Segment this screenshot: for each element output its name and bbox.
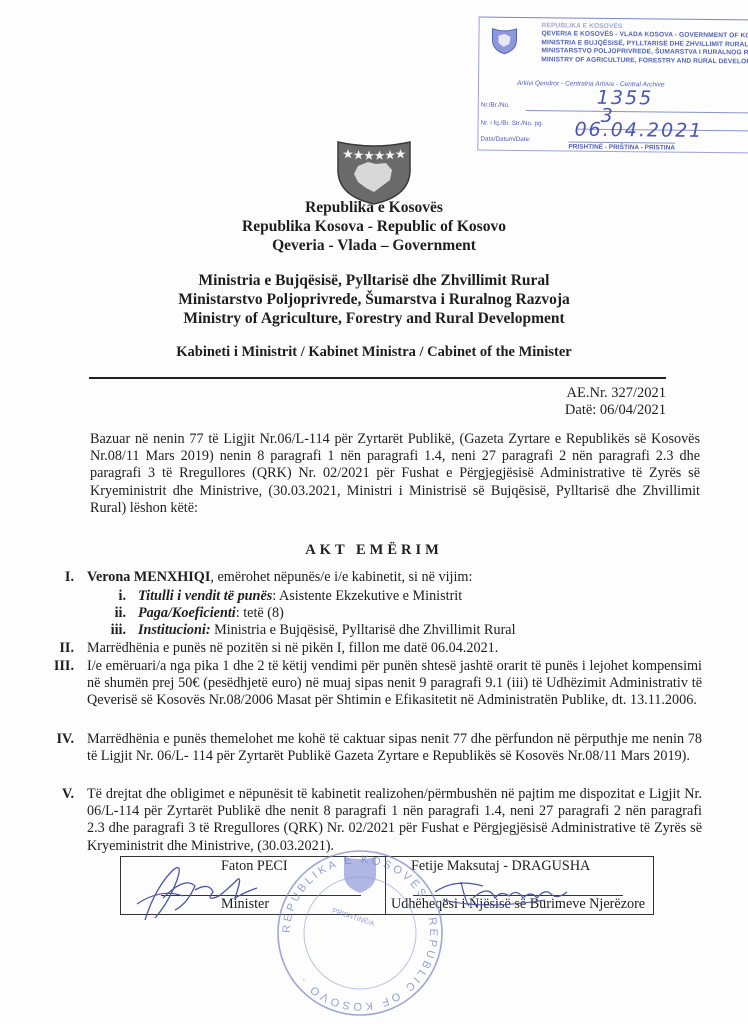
stamp-field-pages: Nr. i fq./Br. Str./No. pg. (481, 120, 544, 128)
reference-date: Datë: 06/04/2021 (565, 402, 666, 419)
preamble: Bazuar në nenin 77 të Ligjit Nr.06/L-114… (90, 431, 700, 517)
stamp-header: REPUBLIKA E KOSOVËS QEVERIA E KOSOVËS - … (541, 22, 748, 66)
act-title: AKT EMËRIM (0, 542, 748, 559)
kosovo-emblem-icon (489, 26, 519, 56)
appointee-name: Verona MENXHIQI (87, 569, 210, 585)
stamp-field-date: Data/Datum/Date: (480, 136, 530, 144)
government-header: Republika e Kosovës Republika Kosova - R… (0, 198, 748, 255)
svg-text:PRISHTINË/A: PRISHTINË/A (331, 907, 376, 928)
stamp-date-value: 06.04.2021 (574, 119, 703, 142)
stamp-city: PRISHTINË - PRIŠTINA - PRISTINA (568, 141, 675, 151)
archive-stamp: REPUBLIKA E KOSOVËS QEVERIA E KOSOVËS - … (477, 17, 748, 154)
cabinet-header: Kabineti i Ministrit / Kabinet Ministra … (0, 344, 748, 361)
reference-number: AE.Nr. 327/2021 (565, 385, 666, 402)
header-divider (89, 377, 666, 379)
reference-block: AE.Nr. 327/2021 Datë: 06/04/2021 (565, 385, 666, 419)
stamp-field-number: Nr./Br./No. (481, 102, 510, 109)
official-seal-icon: REPUBLIKA E KOSOVËS · REPUBLIC OF KOSOVO… (270, 843, 450, 1023)
subitem-i: i.Titulli i vendit të punës: Asistente E… (92, 588, 462, 605)
subitem-ii: ii.Paga/Koeficienti: tetë (8) (92, 605, 284, 622)
ministry-header: Ministria e Bujqësisë, Pylltarisë dhe Zh… (0, 271, 748, 328)
subitem-iii: iii.Institucioni: Ministria e Bujqësisë,… (92, 622, 516, 639)
coat-of-arms-icon (336, 140, 412, 206)
